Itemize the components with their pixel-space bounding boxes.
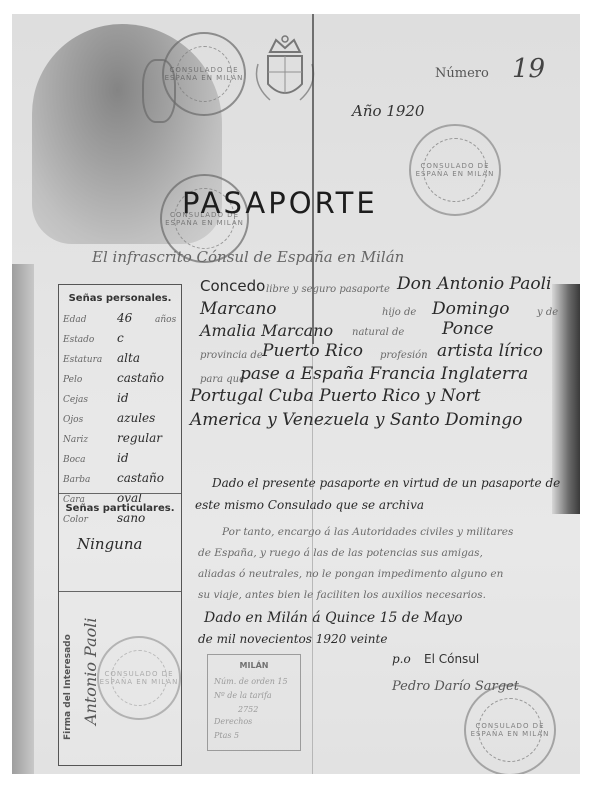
field-label: Nariz [63,435,88,445]
fee-stamp-box: MILÁN Núm. de orden 15 Nº de la tarifa 2… [207,654,301,751]
por-tanto-text: de España, y ruego á las de las potencia… [198,547,483,559]
firma-label: Firma del Interesado [63,634,73,740]
bearer-name: Don Antonio Paoli [397,274,551,294]
profession: artista lírico [437,341,543,361]
field-label: Edad [63,315,86,325]
bearer-surname: Marcano [200,299,277,319]
field-label: Color [63,515,88,525]
issue-date: Dado en Milán á Quince 15 de Mayo [204,610,463,626]
field-label: Barba [63,475,90,485]
printed-text: natural de [352,327,404,338]
consul-line: El infrascrito Cónsul de España en Milán [92,248,404,266]
numero-label: Número [435,66,489,81]
printed-text: provincia de [200,350,263,361]
consulate-stamp-right: CONSULADO DE ESPAÑA EN MILÁN [409,124,501,216]
printed-text: profesión [380,350,428,361]
fee-stamp-line: Ptas 5 [214,731,239,740]
field-value: castaño [117,471,164,485]
field-label: Estado [63,335,94,345]
father-name: Domingo [432,299,510,319]
printed-text: libre y seguro pasaporte [266,284,390,295]
destinations: Portugal Cuba Puerto Rico y Nort [190,386,481,406]
divider [59,493,181,494]
concedo-label: Concedo [200,277,265,295]
field-suffix: años [155,315,176,325]
senas-personales-heading: Señas personales. [59,293,181,304]
senas-particulares-heading: Señas particulares. [59,503,181,514]
por-tanto-text: aliadas ó neutrales, no le pongan impedi… [198,568,503,580]
province: Puerto Rico [262,341,363,361]
field-label: Estatura [63,355,102,365]
consul-signature: Pedro Darío Sarget [392,679,519,694]
fee-stamp-line: 2752 [238,705,258,714]
el-consul-label: El Cónsul [424,652,479,666]
torn-left-edge [12,264,34,774]
field-label: Boca [63,455,85,465]
firma-signature: Antonio Paoli [81,617,100,725]
printed-text: y de [537,307,558,318]
fee-stamp-line: Núm. de orden 15 [214,677,288,686]
por-tanto-text: Por tanto, encargo á las Autoridades civ… [222,526,513,538]
numero-value: 19 [512,54,545,84]
field-label: Ojos [63,415,83,425]
senas-particulares-value: Ninguna [77,535,142,553]
consul-prefix: p.o [392,652,411,666]
destinations: America y Venezuela y Santo Domingo [190,410,523,430]
fee-stamp-line: Derechos [214,717,252,726]
field-value: castaño [117,371,164,385]
birthplace: Ponce [442,319,494,339]
dado-line: Dado el presente pasaporte en virtud de … [212,476,560,490]
year-line: Año 1920 [352,102,424,120]
field-value: 46 [117,311,132,325]
dado-line: este mismo Consulado que se archiva [195,498,424,512]
por-tanto-text: su viaje, antes bien le faciliten los au… [198,589,486,601]
destinations: pase a España Francia Inglaterra [240,364,528,384]
issue-year: de mil novecientos 1920 veinte [198,632,387,646]
printed-text: hijo de [382,307,416,318]
printed-text: para que [200,374,245,385]
fee-stamp-title: MILÁN [208,661,300,670]
document-title: PASAPORTE [182,186,378,220]
fee-stamp-line: Nº de la tarifa [214,691,272,700]
senas-panel: Señas personales. Edad 46 años Estado c … [58,284,182,766]
passport-document: CONSULADO DE ESPAÑA EN MILÁN CONSULADO D… [12,14,580,774]
field-label: Pelo [63,375,82,385]
consulate-stamp-top: CONSULADO DE ESPAÑA EN MILÁN [162,32,246,116]
field-value: id [117,391,129,405]
field-value: regular [117,431,162,445]
field-label: Cejas [63,395,88,405]
mother-name: Amalia Marcano [200,321,333,340]
divider [59,591,181,592]
field-value: c [117,331,124,345]
consulate-stamp-bottom: CONSULADO DE ESPAÑA EN MILÁN [464,684,556,774]
royal-crest-icon [250,34,320,114]
fold-line [312,344,313,774]
field-value: alta [117,351,140,365]
field-value: id [117,451,129,465]
field-value: azules [117,411,155,425]
